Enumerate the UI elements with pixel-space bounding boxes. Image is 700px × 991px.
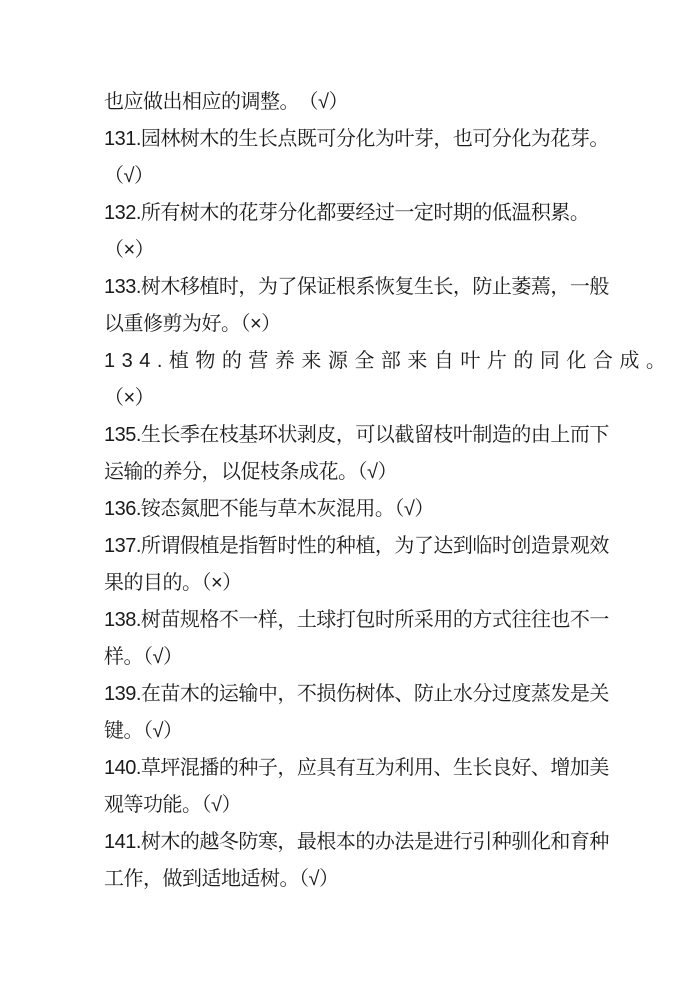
text-line-q136: 136.铵态氮肥不能与草木灰混用。（√） [104, 491, 604, 528]
text-line-q140-continued: 观等功能。（√） [104, 787, 604, 824]
text-line-answer-carryover: 也应做出相应的调整。 （√） [104, 84, 604, 121]
text-line-q141-continued: 工作，做到适地适树。（√） [104, 861, 604, 898]
document-page: 也应做出相应的调整。 （√） 131.园林树木的生长点既可分化为叶芽，也可分化为… [0, 0, 700, 991]
text-line-q133-continued: 以重修剪为好。（×） [104, 306, 604, 343]
text-line-q139-continued: 键。（√） [104, 713, 604, 750]
text-line-q139: 139.在苗木的运输中，不损伤树体、防止水分过度蒸发是关 [104, 676, 604, 713]
text-line-q133: 133.树木移植时，为了保证根系恢复生长，防止萎蔫，一般 [104, 269, 604, 306]
text-line-q137: 137.所谓假植是指暂时性的种植，为了达到临时创造景观效 [104, 528, 604, 565]
text-line-q134: 134.植物的营养来源全部来自叶片的同化合成。 [104, 343, 604, 380]
text-line-q138: 138.树苗规格不一样，土球打包时所采用的方式往往也不一 [104, 602, 604, 639]
text-line-q132: 132.所有树木的花芽分化都要经过一定时期的低温积累。 [104, 195, 604, 232]
text-line-q135-continued: 运输的养分，以促枝条成花。（√） [104, 454, 604, 491]
text-line-q135: 135.生长季在枝基环状剥皮，可以截留枝叶制造的由上而下 [104, 417, 604, 454]
text-line-q138-continued: 样。（√） [104, 639, 604, 676]
text-line-q132-answer: （×） [104, 232, 604, 269]
text-line-q131-answer: （√） [104, 158, 604, 195]
text-line-q131: 131.园林树木的生长点既可分化为叶芽，也可分化为花芽。 [104, 121, 604, 158]
text-line-q141: 141.树木的越冬防寒，最根本的办法是进行引种驯化和育种 [104, 824, 604, 861]
text-line-q140: 140.草坪混播的种子，应具有互为利用、生长良好、增加美 [104, 750, 604, 787]
text-line-q134-answer: （×） [104, 380, 604, 417]
text-line-q137-continued: 果的目的。（×） [104, 565, 604, 602]
